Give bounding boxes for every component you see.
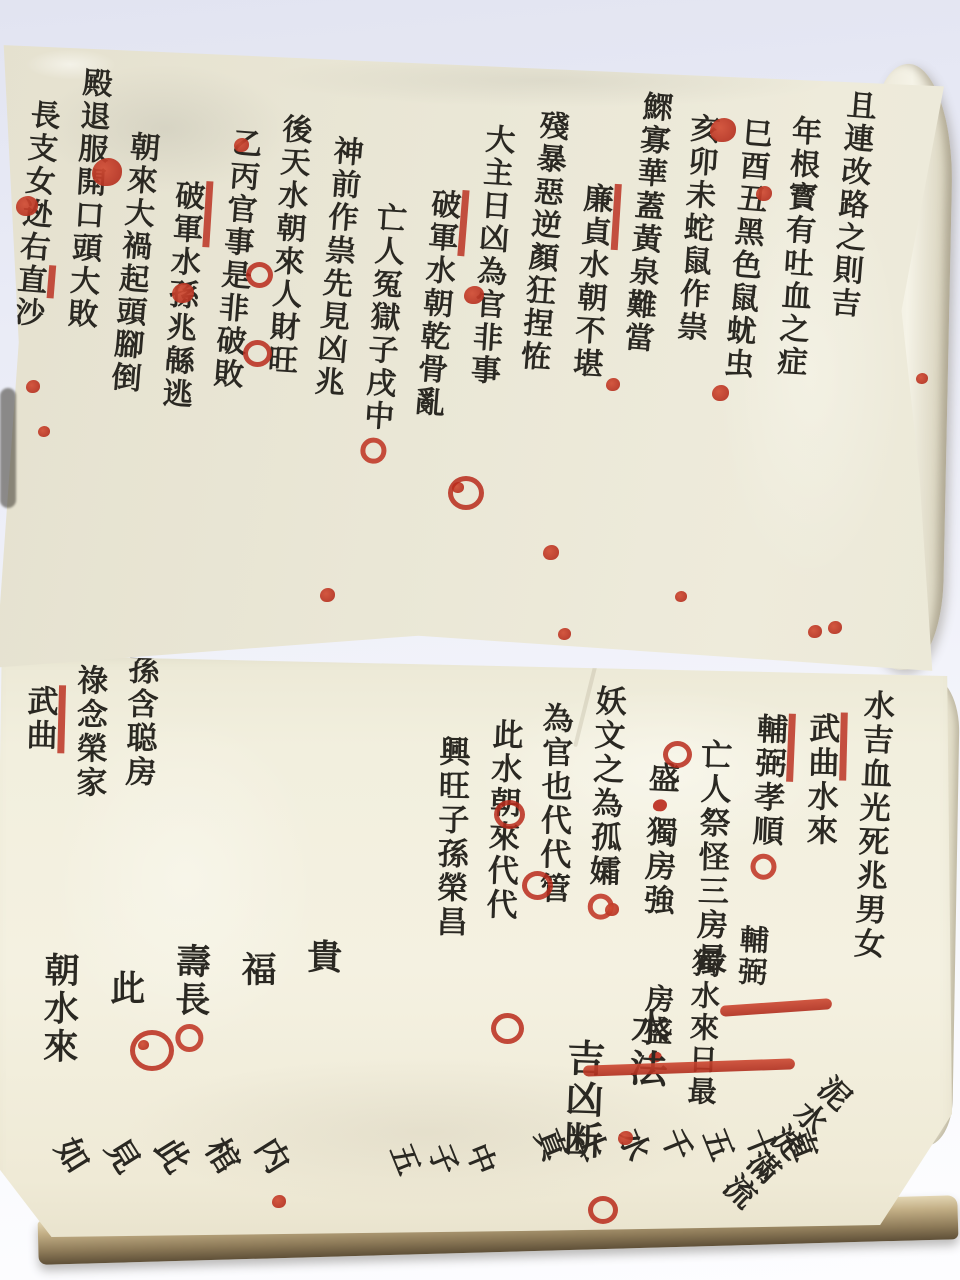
text-run: 水朝乾骨亂 [408, 253, 456, 420]
text-group-l-browM: 五子中 [390, 1140, 504, 1184]
text-column: 亥卯未蛇鼠作祟 [670, 112, 719, 345]
text-run: 孝順 [746, 780, 785, 849]
text-run: 葬宜山水骨考 [0, 142, 5, 342]
text-run: 亥卯未蛇鼠作祟 [671, 112, 720, 345]
text-column: 長支女迯右直沙 [7, 98, 60, 331]
text-column: 殘暴惡逆顏狂捏恠 [513, 108, 569, 374]
text-run: 貴 [301, 938, 342, 977]
text-column: 廉貞水朝不堪 [565, 181, 612, 381]
text-run: 祿念榮家 [70, 664, 107, 800]
text-column: 破軍水孫兆緜逃 [155, 179, 204, 412]
page-upper-text-layer: 且連改路之則吉年根寳有吐血之症巳酉丑黑色鼠蚘虫亥卯未蛇鼠作祟鰥寡華蓋黃泉難當廉貞… [0, 39, 946, 678]
red-dot-inline-mark [653, 799, 667, 812]
text-group-l-mid: 妖文之為孤孀為官也代代管此水朝來代代興旺子孫榮昌 [428, 679, 626, 945]
text-column: 此水朝來代代 [479, 718, 522, 923]
text-run: 且連改路之則吉 [823, 88, 876, 321]
red-underlined-text: 破軍 [421, 187, 469, 256]
text-column: 亡人冤獄子戌中 [354, 201, 405, 469]
text-column: 葬宜山水骨考 [0, 142, 4, 342]
page-upper: 且連改路之則吉年根寳有吐血之症巳酉丑黑色鼠蚘虫亥卯未蛇鼠作祟鰥寡華蓋黃泉難當廉貞… [0, 39, 946, 678]
hanzi-char: 内 [246, 1128, 312, 1195]
text-column: 水吉血光死兆男女 [847, 688, 894, 961]
text-column: 祿念榮家 [69, 664, 106, 800]
text-group-l-browL: 如見此棺内 [54, 1138, 304, 1185]
red-underlined-text: 武曲 [802, 711, 848, 780]
text-group-l-left: 孫含聪房祿念榮家武曲 [18, 650, 158, 802]
text-run: 興旺子孫榮昌 [430, 735, 470, 940]
text-column: 殿退服開口頭大敗 [60, 66, 111, 332]
text-run: 福 [236, 951, 276, 989]
red-ring-inline-mark [360, 437, 387, 464]
text-run: 巳酉丑黑色鼠蚘虫 [717, 116, 773, 382]
text-column: 興旺子孫榮昌 [429, 735, 469, 940]
text-run: 朝來大禍起頭腳倒 [104, 130, 160, 396]
text-column: 為官也代代管 [532, 701, 572, 906]
text-column: 乙丙官事是非破敗 [205, 126, 261, 392]
text-run: 此水朝來代代 [480, 718, 523, 923]
text-run: 水法 [622, 1007, 670, 1091]
text-column: 輔弼 [733, 924, 770, 990]
red-ring-inline-mark [587, 893, 614, 920]
text-column: 武曲 [19, 684, 57, 753]
text-run: 水孫兆緜逃 [156, 245, 201, 412]
text-run: 朝水來 [37, 951, 79, 1066]
page-lower: 水吉血光死兆男女武曲水來輔弼孝順亡人祭怪三房最盛獨房強妖文之為孤孀為官也代代管此… [0, 640, 952, 1240]
text-run: 鰥寡華蓋黃泉難當 [617, 90, 673, 356]
text-column: 大主日凶為官非事 [463, 122, 514, 388]
text-run: 後天水朝來人財旺 [261, 112, 313, 378]
text-column: 妖文之為孤孀 [581, 684, 625, 925]
text-run: 獨水來日最 [683, 948, 723, 1109]
text-column: 朝水來 [37, 951, 80, 1066]
text-column: 貴 [301, 938, 342, 977]
hanzi-char: 直 [778, 1121, 835, 1177]
text-column: 壽長 [168, 943, 211, 1058]
text-column: 獨水來日最 [682, 948, 721, 1109]
text-column: 破軍水朝乾骨亂 [407, 187, 460, 420]
text-run: 亡人冤獄子戌中 [357, 201, 406, 434]
red-underlined-text: 廉貞 [574, 182, 621, 251]
text-run: 神前作祟先見凶兆 [308, 134, 364, 400]
text-run: 殿退服開口頭大敗 [60, 66, 112, 332]
manuscript-photo: 且連改路之則吉年根寳有吐血之症巳酉丑黑色鼠蚘虫亥卯未蛇鼠作祟鰥寡華蓋黃泉難當廉貞… [0, 0, 960, 1280]
text-run: 殘暴惡逆顏狂捏恠 [513, 109, 569, 375]
red-underlined-text: 輔弼 [749, 712, 796, 782]
text-column: 巳酉丑黑色鼠蚘虫 [716, 116, 772, 382]
text-run: 輔弼 [733, 924, 770, 990]
text-run: 為官也代代管 [533, 701, 573, 906]
text-run: 盛 [643, 760, 680, 795]
text-column: 年根寳有吐血之症 [769, 114, 820, 380]
text-group-l-browR: 真上水千五十直 [534, 1126, 828, 1171]
text-run: 妖文之為孤孀 [583, 684, 626, 889]
text-column: 輔弼孝順 [744, 712, 787, 885]
red-ring-inline-mark [175, 1024, 204, 1053]
page-lower-text-layer: 水吉血光死兆男女武曲水來輔弼孝順亡人祭怪三房最盛獨房強妖文之為孤孀為官也代代管此… [0, 640, 952, 1240]
text-column: 福 [235, 951, 276, 989]
text-run: 水吉血光死兆男女 [848, 689, 895, 962]
text-column: 且連改路之則吉 [823, 88, 876, 321]
red-ring-inline-mark [750, 853, 777, 880]
text-column: 水法 [622, 1007, 670, 1091]
text-run: 水朝不堪 [565, 247, 608, 381]
text-column: 朝來大禍起頭腳倒 [103, 130, 159, 396]
text-group-u-main: 且連改路之則吉年根寳有吐血之症巳酉丑黑色鼠蚘虫亥卯未蛇鼠作祟鰥寡華蓋黃泉難當廉貞… [0, 19, 876, 506]
text-run: 此 [104, 970, 144, 1008]
text-run: 沙 [7, 295, 45, 331]
text-run: 水來 [801, 779, 839, 848]
text-column: 神前作祟先見凶兆 [307, 134, 363, 400]
text-run: 壽長 [169, 943, 210, 1020]
text-run: 孫含聪房 [119, 653, 159, 790]
text-group-l-bleft: 貴福壽長此朝水來 [37, 933, 342, 1070]
text-run: 長支女迯右 [13, 98, 61, 265]
ink-smudge [0, 388, 16, 508]
text-run: 獨房強 [637, 815, 677, 918]
red-underlined-text: 直 [10, 262, 56, 298]
text-run: 大主日凶為官非事 [464, 123, 516, 389]
text-column: 盛獨房強 [637, 760, 679, 918]
text-column: 後天水朝來人財旺 [260, 112, 311, 378]
text-column: 此 [104, 970, 145, 1008]
text-column: 孫含聪房 [118, 653, 158, 790]
text-run: 年根寳有吐血之症 [770, 114, 822, 380]
red-underlined-text: 武曲 [20, 684, 66, 753]
hanzi-char: 中 [457, 1136, 512, 1188]
text-run: 乙丙官事是非破敗 [206, 126, 262, 392]
text-column: 鰥寡華蓋黃泉難當 [616, 90, 672, 356]
text-column: 武曲水來 [800, 711, 839, 848]
red-underlined-text: 破軍 [166, 179, 213, 248]
